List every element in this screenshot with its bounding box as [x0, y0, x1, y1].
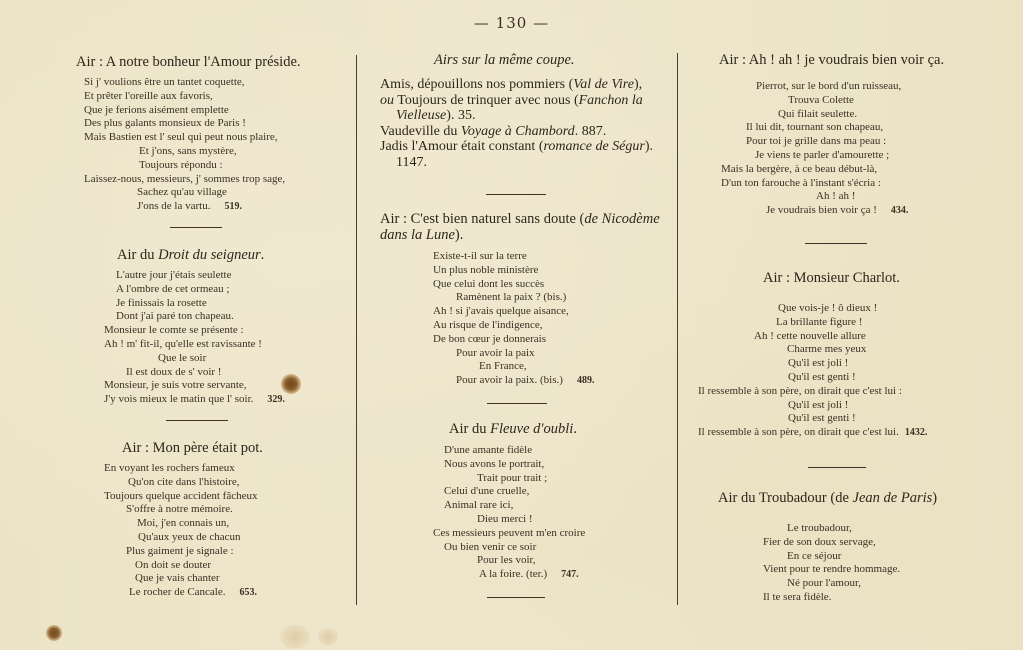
column-divider-left [356, 55, 357, 605]
verse-line: Ces messieurs peuvent m'en croire [433, 527, 585, 541]
song-title: Air : Mon père était pot. [122, 440, 263, 457]
verse-line: Qu'aux yeux de chacun [104, 531, 257, 545]
section-separator [808, 467, 866, 468]
tune-list: Amis, dépouillons nos pommiers (Val de V… [380, 77, 658, 170]
verse-line: Il ressemble à son père, on dirait que c… [698, 385, 927, 399]
verse-line: Mais la bergère, à ce beau début-là, [721, 163, 908, 177]
verse-line: Fier de son doux servage, [763, 536, 900, 550]
tune-entry: ou Toujours de trinquer avec nous (Fanch… [380, 93, 658, 124]
song-number: 1432. [905, 426, 928, 440]
paper-stain [281, 374, 301, 394]
song-title: Air du Fleuve d'oubli. [449, 421, 577, 438]
song-title: Air : C'est bien naturel sans doute (de … [380, 211, 660, 243]
song-title: Air du Troubadour (de Jean de Paris) [718, 490, 937, 507]
verse-line: A l'ombre de cet ormeau ; [104, 283, 285, 297]
song-number: 747. [561, 568, 579, 582]
verse-line: Qu'il est genti ! [698, 412, 927, 426]
verse-line: Que vois-je ! ô dieux ! [698, 302, 927, 316]
section-separator [166, 420, 228, 421]
song-verse: L'autre jour j'étais seulette A l'ombre … [104, 269, 285, 407]
verse-line: D'une amante fidèle [433, 444, 585, 458]
verse-line: Ramènent la paix ? (bis.) [433, 291, 594, 305]
song-verse: Le troubadour, Fier de son doux servage,… [763, 522, 900, 605]
verse-line: L'autre jour j'étais seulette [104, 269, 285, 283]
song-verse: Pierrot, sur le bord d'un ruisseau, Trou… [721, 80, 908, 218]
verse-line: Ah ! si j'avais quelque aisance, [433, 305, 594, 319]
paper-stain [280, 625, 310, 649]
verse-line: Que celui dont les succès [433, 278, 594, 292]
song-verse: Que vois-je ! ô dieux ! La brillante fig… [698, 302, 927, 440]
verse-line: Que je vais chanter [104, 572, 257, 586]
verse-line: Dieu merci ! [433, 513, 585, 527]
verse-line: D'un ton farouche à l'instant s'écria : [721, 177, 908, 191]
column-divider-right [677, 53, 678, 605]
verse-line: La brillante figure ! [698, 316, 927, 330]
song-number: 519. [224, 200, 242, 214]
song-verse: En voyant les rochers fameux Qu'on cite … [104, 462, 257, 600]
tune-entry: Vaudeville du Voyage à Chambord. 887. [380, 124, 658, 140]
verse-line: Laissez-nous, messieurs, j' sommes trop … [84, 173, 285, 187]
song-title: Air : A notre bonheur l'Amour préside. [76, 54, 301, 71]
verse-line: Au risque de l'indigence, [433, 319, 594, 333]
verse-line: De bon cœur je donnerais [433, 333, 594, 347]
verse-line: En France, [433, 360, 594, 374]
verse-line: Pour avoir la paix [433, 347, 594, 361]
song-title-italic: Droit du seigneur [158, 247, 261, 263]
section-separator [486, 194, 546, 195]
verse-line: A la foire. (ter.) [479, 568, 547, 580]
verse-line: Des plus galants monsieux de Paris ! [84, 117, 285, 131]
song-verse: Existe-t-il sur la terre Un plus noble m… [433, 250, 594, 388]
verse-line: Charme mes yeux [698, 343, 927, 357]
tune-entry: Jadis l'Amour était constant (romance de… [380, 139, 658, 170]
verse-line: Et j'ons, sans mystère, [84, 145, 285, 159]
verse-line: Il ressemble à son père, on dirait que c… [698, 426, 899, 438]
verse-line: Moi, j'en connais un, [104, 517, 257, 531]
page-number: — 130 — [0, 14, 1023, 32]
verse-line: Le troubadour, [763, 522, 900, 536]
tune-entry: Amis, dépouillons nos pommiers (Val de V… [380, 77, 658, 93]
verse-line: Plus gaiment je signale : [104, 545, 257, 559]
verse-line: Pour les voir, [433, 554, 585, 568]
song-verse: Si j' voulions être un tantet coquette, … [84, 76, 285, 214]
verse-line: On doit se douter [104, 559, 257, 573]
verse-line: Et prêter l'oreille aux favoris, [84, 90, 285, 104]
verse-line: Je voudrais bien voir ça ! [766, 204, 877, 216]
song-number: 653. [240, 586, 258, 600]
verse-line: J'y vois mieux le matin que l' soir. [104, 393, 253, 405]
section-separator [487, 403, 547, 404]
song-section: Air : A notre bonheur l'Amour préside. [76, 54, 301, 71]
song-number: 887. [582, 124, 607, 139]
verse-line: Je viens te parler d'amourette ; [721, 149, 908, 163]
verse-line: Monsieur, je suis votre servante, [104, 379, 285, 393]
song-verse: D'une amante fidèle Nous avons le portra… [433, 444, 585, 582]
paper-stain [318, 628, 338, 646]
verse-line: Qui filait seulette. [721, 108, 908, 122]
song-number: 35. [458, 108, 476, 123]
verse-line: Trouva Colette [721, 94, 908, 108]
song-title: Air : Monsieur Charlot. [763, 270, 900, 287]
section-title: Airs sur la même coupe. [434, 52, 575, 69]
verse-line: Le rocher de Cancale. [129, 586, 226, 598]
verse-line: Pour avoir la paix. (bis.) [456, 374, 563, 386]
document-page: — 130 — Air : A notre bonheur l'Amour pr… [0, 0, 1023, 650]
song-number: 434. [891, 204, 909, 218]
verse-line: Toujours quelque accident fâcheux [104, 490, 257, 504]
verse-line: Il est doux de s' voir ! [104, 366, 285, 380]
verse-line: Que je ferions aisément emplette [84, 104, 285, 118]
verse-line: Que le soir [104, 352, 285, 366]
verse-line: Un plus noble ministère [433, 264, 594, 278]
verse-line: Ou bien venir ce soir [433, 541, 585, 555]
verse-line: Trait pour trait ; [433, 472, 585, 486]
verse-line: Vient pour te rendre hommage. [763, 563, 900, 577]
verse-line: Pour toi je grille dans ma peau : [721, 135, 908, 149]
verse-line: Ah ! m' fit-il, qu'elle est ravissante ! [104, 338, 285, 352]
verse-line: Monsieur le comte se présente : [104, 324, 285, 338]
verse-line: Qu'on cite dans l'histoire, [104, 476, 257, 490]
verse-line: Qu'il est genti ! [698, 371, 927, 385]
verse-line: J'ons de la vartu. [137, 200, 210, 212]
verse-line: Toujours répondu : [84, 159, 285, 173]
verse-line: Ah ! ah ! [721, 190, 908, 204]
verse-line: Il te sera fidèle. [763, 591, 900, 605]
verse-line: Sachez qu'au village [84, 186, 285, 200]
section-separator [170, 227, 222, 228]
verse-line: Je finissais la rosette [104, 297, 285, 311]
song-number: 489. [577, 374, 595, 388]
verse-line: Mais Bastien est l' seul qui peut nous p… [84, 131, 285, 145]
verse-line: Celui d'une cruelle, [433, 485, 585, 499]
verse-line: Qu'il est joli ! [698, 357, 927, 371]
verse-line: Pierrot, sur le bord d'un ruisseau, [721, 80, 908, 94]
verse-line: Animal rare ici, [433, 499, 585, 513]
verse-line: S'offre à notre mémoire. [104, 503, 257, 517]
verse-line: Né pour l'amour, [763, 577, 900, 591]
verse-line: En voyant les rochers fameux [104, 462, 257, 476]
song-title: Air : Ah ! ah ! je voudrais bien voir ça… [719, 52, 944, 69]
verse-line: Dont j'ai paré ton chapeau. [104, 310, 285, 324]
song-number: 1147. [396, 155, 427, 170]
song-title: Air du Droit du seigneur. [117, 247, 264, 264]
section-separator [805, 243, 867, 244]
verse-line: Qu'il est joli ! [698, 399, 927, 413]
verse-line: Il lui dit, tournant son chapeau, [721, 121, 908, 135]
verse-line: En ce séjour [763, 550, 900, 564]
paper-stain [46, 625, 62, 641]
verse-line: Ah ! cette nouvelle allure [698, 330, 927, 344]
verse-line: Nous avons le portrait, [433, 458, 585, 472]
verse-line: Existe-t-il sur la terre [433, 250, 594, 264]
song-number: 329. [267, 393, 285, 407]
section-separator [487, 597, 545, 598]
verse-line: Si j' voulions être un tantet coquette, [84, 76, 285, 90]
